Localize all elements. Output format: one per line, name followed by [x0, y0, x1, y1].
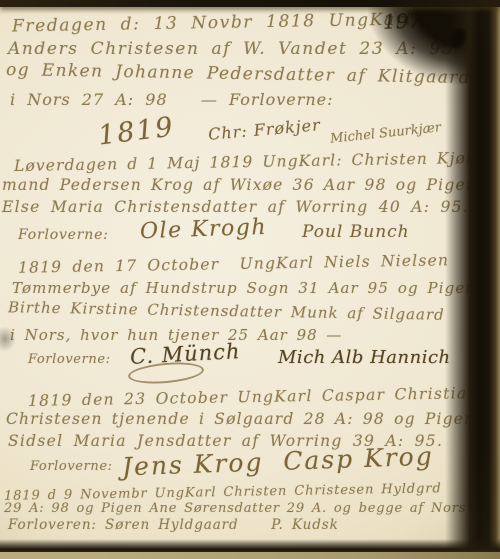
- entry3-line2: Tømmerbye af Hundstrup Sogn 31 Aar 95 og…: [12, 279, 476, 297]
- entry3-line4: i Nors, hvor hun tjener 25 Aar 98 —: [10, 326, 342, 344]
- entry3-line3: Birthe Kirstine Christensdatter Munk af …: [8, 298, 445, 324]
- entry1-line4: i Nors 27 A: 98 — Forloverne:: [10, 90, 334, 109]
- entry2-witness1-signature: Ole Krogh: [140, 215, 268, 244]
- entry1-witness2-signature: Michel Suurkjær: [330, 120, 442, 147]
- table-surface-strip: [0, 552, 500, 559]
- entry3-witness2-signature: Mich Alb Hannich: [278, 347, 451, 368]
- entry5-line2: 29 A: 98 og Pigen Ane Sørensdatter 29 A.…: [4, 501, 466, 516]
- entry3-forlovere-label: Forloverne:: [28, 352, 111, 367]
- entry1-witness1-signature: Chr: Frøkjer: [207, 115, 321, 144]
- entry4-line2: Christesen tjenende i Sølgaard 28 A: 98 …: [6, 410, 475, 428]
- entry2-line1: Løverdagen d 1 Maj 1819 UngKarl: Christe…: [14, 149, 479, 175]
- entry1-line1: Fredagen d: 13 Novbr 1818 UngKarl: [12, 10, 413, 37]
- binding-edge-right: [445, 0, 500, 559]
- entry2-line2: mand Pedersen Krog af Wixøe 36 Aar 98 og…: [2, 176, 477, 194]
- page-edge-bottom: [0, 539, 500, 552]
- entry4-forlovere-label: Forloverne:: [30, 459, 113, 474]
- entry2-line3: Else Maria Christensdatter af Worring 40…: [2, 198, 469, 216]
- manuscript-page: Fredagen d: 13 Novbr 1818 UngKarl 197. A…: [0, 0, 500, 559]
- entry4-line1: 1819 den 23 October UngKarl Caspar Chris…: [28, 384, 479, 410]
- entry3-line1: 1819 den 17 October UngKarl Niels Nielse…: [18, 251, 449, 277]
- entry5-line3: Forloveren: Søren Hyldgaard P. Kudsk: [8, 517, 339, 533]
- entry2-witness2-signature: Poul Bunch: [302, 222, 410, 242]
- entry2-forlovere-label: Forloverne:: [18, 227, 109, 243]
- year-heading: 1819: [96, 111, 176, 151]
- ink-smudge: [0, 326, 16, 352]
- page-edge-top: [0, 0, 500, 7]
